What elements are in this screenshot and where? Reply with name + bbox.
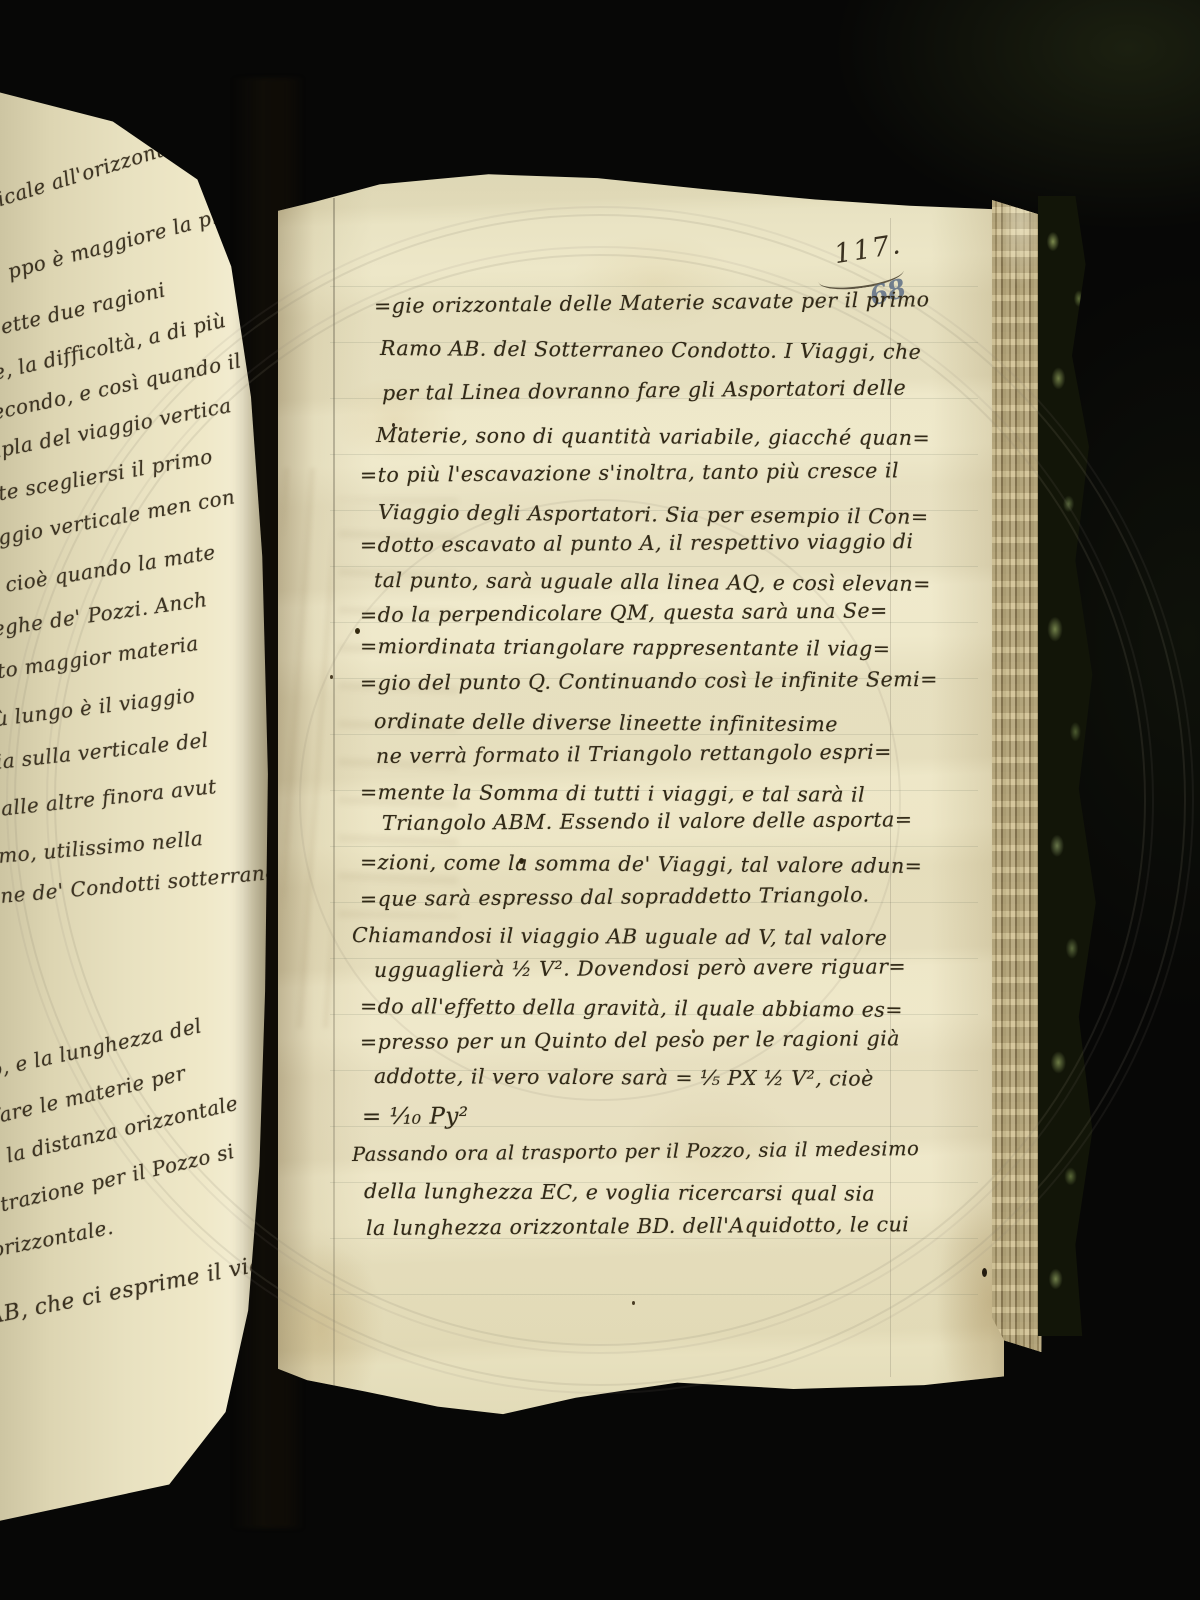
manuscript-line: Triangolo ABM. Essendo il valore delle a… (382, 807, 913, 835)
marbled-cover-board (1038, 196, 1106, 1336)
manuscript-line: =do all'effetto della gravità, il quale … (360, 994, 903, 1022)
ink-show-through (284, 468, 332, 1028)
manuscript-line: iù lungo è il viaggio (0, 683, 196, 732)
manuscript-line: =mente la Somma di tutti i viaggi, e tal… (360, 780, 865, 807)
manuscript-line: Ramo AB. del Sotterraneo Condotto. I Via… (380, 336, 921, 364)
manuscript-photo: rticale all'orizzontale ppo è maggiore l… (0, 0, 1200, 1600)
manuscript-line: dalle altre finora avut (0, 774, 218, 822)
manuscript-line: ria sulla verticale del (0, 728, 210, 775)
manuscript-line: =do la perpendicolare QM, questa sarà un… (360, 598, 888, 627)
manuscript-line: =gio del punto Q. Continuando così le in… (360, 667, 938, 695)
manuscript-line: nto maggior materia (0, 631, 200, 685)
margin-line (333, 198, 335, 1408)
manuscript-line: =zioni, come la somma de' Viaggi, tal va… (360, 850, 923, 878)
manuscript-line: ne verrà formato il Triangolo rettangolo… (376, 739, 892, 768)
manuscript-line: =dotto escavato al punto A, il respettiv… (360, 529, 914, 557)
manuscript-line: tal punto, sarà uguale alla linea AQ, e … (374, 568, 931, 596)
manuscript-line: ppo è maggiore la propor (5, 191, 270, 284)
manuscript-line: addotte, il vero valore sarà = ⅕ PX ½ V²… (374, 1064, 874, 1091)
manuscript-line: = ⅒ Py² (362, 1103, 469, 1130)
manuscript-line: =miordinata triangolare rappresentante i… (360, 634, 891, 661)
manuscript-line: ordinate delle diverse lineette infinite… (374, 709, 838, 736)
manuscript-line: =presso per un Quinto del peso per le ra… (360, 1026, 900, 1054)
manuscript-line: amo, utilissimo nella (0, 826, 204, 869)
manuscript-line: =que sarà espresso dal sopraddetto Trian… (360, 883, 870, 911)
manuscript-line: rticale all'orizzontale (0, 128, 197, 216)
manuscript-line: Viaggio degli Asportatori. Sia per esemp… (378, 500, 929, 529)
manuscript-line: Chiamandosi il viaggio AB uguale ad V, t… (352, 923, 887, 950)
manuscript-line: =to più l'escavazione s'inoltra, tanto p… (360, 458, 899, 487)
manuscript-line: orizzontale. (0, 1215, 115, 1262)
manuscript-line: della lunghezza EC, e voglia ricercarsi … (364, 1179, 875, 1206)
manuscript-line: Materie, sono di quantità variabile, gia… (376, 423, 930, 450)
right-page: 117. 68 =gie orizzontale delle Materie s… (278, 168, 1004, 1428)
manuscript-line: la lunghezza orizzontale BD. dell'Aquido… (366, 1212, 909, 1240)
manuscript-line: ugguaglierà ½ V². Dovendosi però avere r… (374, 954, 906, 982)
ink-blot (982, 1268, 987, 1277)
